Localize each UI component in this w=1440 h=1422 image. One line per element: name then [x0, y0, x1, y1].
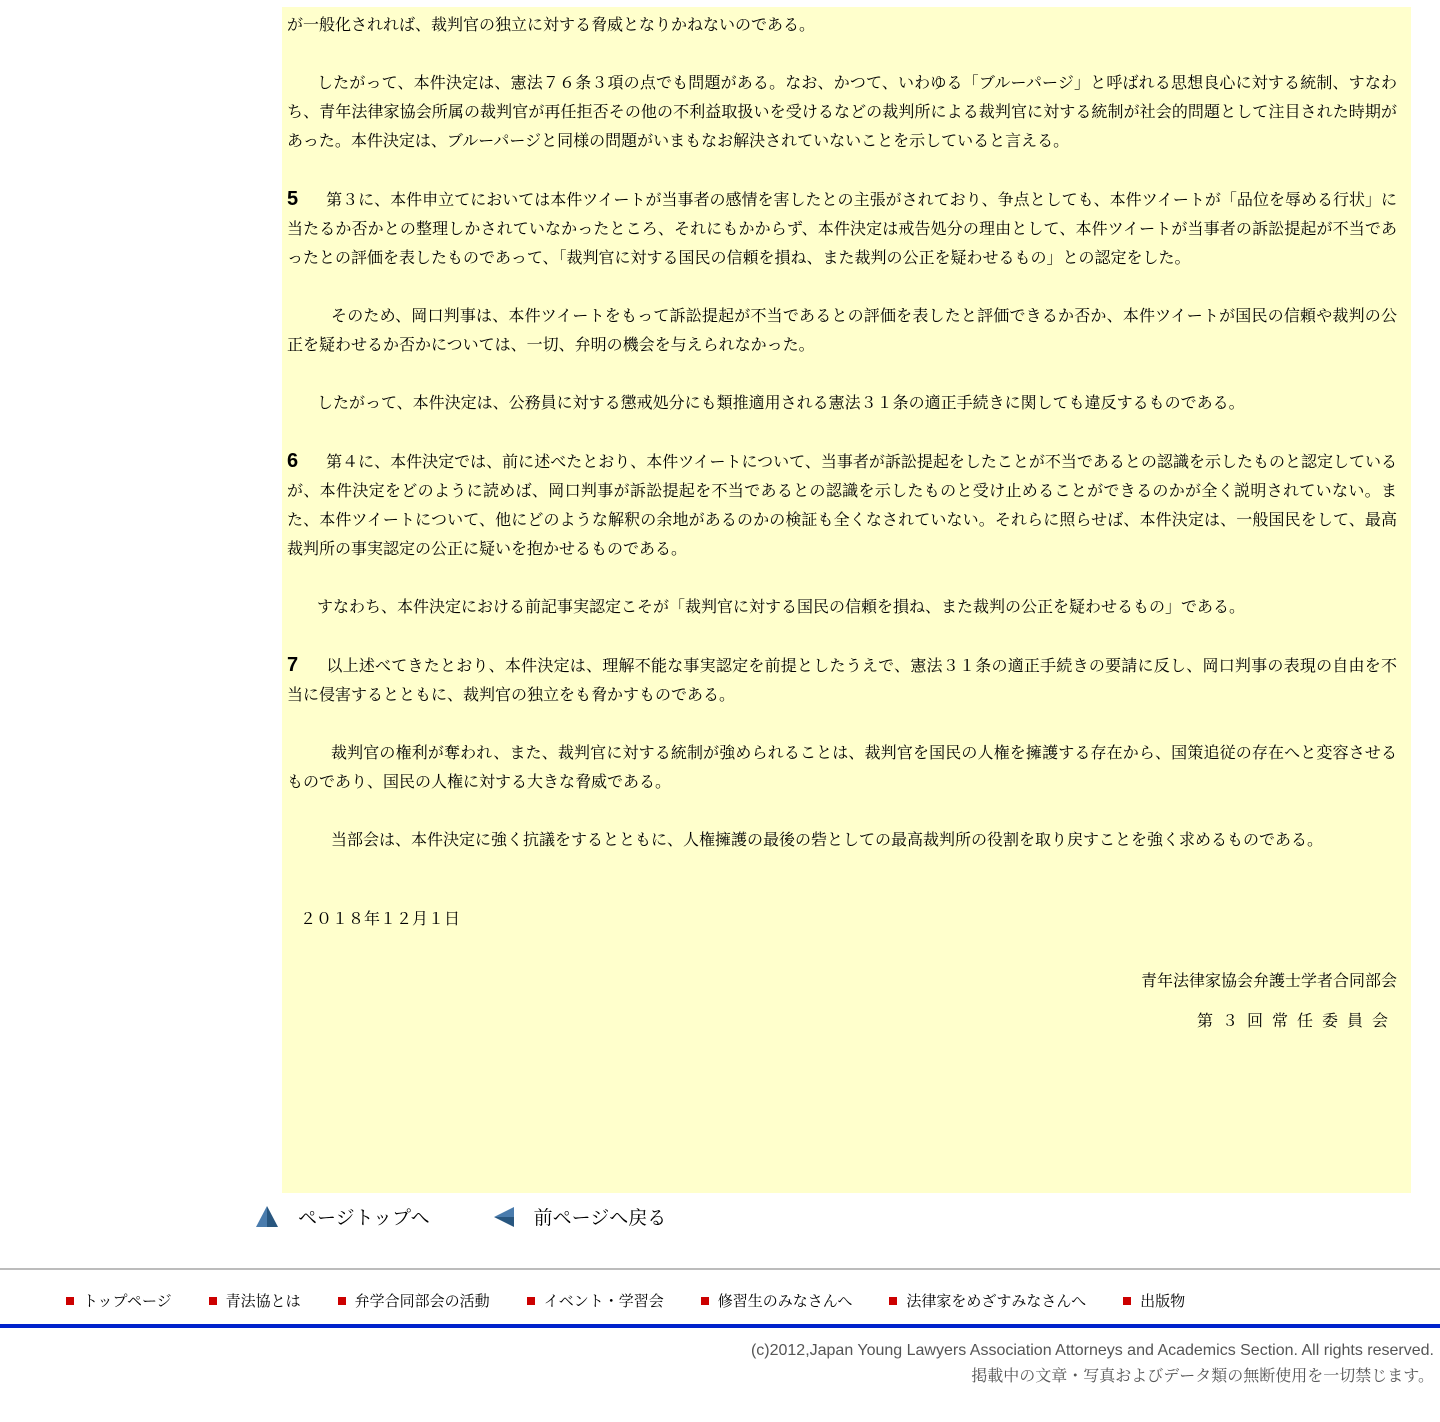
- paragraph-text: すなわち、本件決定における前記事実認定こそが「裁判官に対する国民の信頼を損ね、ま…: [317, 599, 1245, 616]
- red-square-bullet-icon: [527, 1297, 535, 1305]
- footer-link-label: トップページ: [83, 1290, 172, 1311]
- signature-organization: 青年法律家協会弁護士学者合同部会: [287, 967, 1397, 996]
- statement-date: ２０１８年１２月１日: [300, 905, 1397, 934]
- footer-link-about[interactable]: 青法協とは: [209, 1290, 301, 1311]
- paragraph: すなわち、本件決定における前記事実認定こそが「裁判官に対する国民の信頼を損ね、ま…: [287, 593, 1397, 622]
- triangle-up-icon: [256, 1206, 278, 1227]
- section-number: 6: [287, 450, 298, 472]
- paragraph: 当部会は、本件決定に強く抗議をするとともに、人権擁護の最後の砦としての最高裁判所…: [287, 826, 1397, 855]
- paragraph: 裁判官の権利が奪われ、また、裁判官に対する統制が強められることは、裁判官を国民の…: [287, 739, 1397, 797]
- page-top-label: ページトップへ: [298, 1203, 430, 1230]
- footer-link-publications[interactable]: 出版物: [1123, 1290, 1185, 1311]
- red-square-bullet-icon: [1123, 1297, 1131, 1305]
- paragraph-numbered-5: 5第３に、本件申立てにおいては本件ツイートが当事者の感情を害したとの主張がされて…: [287, 185, 1397, 273]
- footer-link-label: 出版物: [1140, 1290, 1185, 1311]
- red-square-bullet-icon: [66, 1297, 74, 1305]
- triangle-left-icon: [494, 1207, 514, 1227]
- paragraph-text: が一般化されれば、裁判官の独立に対する脅威となりかねないのである。: [287, 17, 815, 34]
- paragraph-text: 裁判官の権利が奪われ、また、裁判官に対する統制が強められることは、裁判官を国民の…: [287, 745, 1397, 791]
- paragraph-numbered-6: 6第４に、本件決定では、前に述べたとおり、本件ツイートについて、当事者が訴訟提起…: [287, 447, 1397, 564]
- paragraph: したがって、本件決定は、公務員に対する懲戒処分にも類推適用される憲法３１条の適正…: [287, 389, 1397, 418]
- footer-link-trainees[interactable]: 修習生のみなさんへ: [701, 1290, 853, 1311]
- footer-link-label: 修習生のみなさんへ: [718, 1290, 853, 1311]
- page-top-link[interactable]: ページトップへ: [256, 1203, 430, 1230]
- paragraph: そのため、岡口判事は、本件ツイートをもって訴訟提起が不当であるとの評価を表したと…: [287, 302, 1397, 360]
- paragraph-text: そのため、岡口判事は、本件ツイートをもって訴訟提起が不当であるとの評価を表したと…: [287, 308, 1397, 354]
- copyright-line-ja: 掲載中の文章・写真およびデータ類の無断使用を一切禁じます。: [0, 1364, 1434, 1390]
- paragraph-text: 第３に、本件申立てにおいては本件ツイートが当事者の感情を害したとの主張がされてお…: [287, 192, 1397, 267]
- signature-committee: 第３回常任委員会: [287, 1007, 1397, 1036]
- red-square-bullet-icon: [209, 1297, 217, 1305]
- section-number: 7: [287, 654, 298, 676]
- prev-page-link[interactable]: 前ページへ戻る: [494, 1203, 667, 1230]
- footer-link-label: イベント・学習会: [544, 1290, 664, 1311]
- copyright-line-en: (c)2012,Japan Young Lawyers Association …: [0, 1338, 1434, 1364]
- footer-link-top-page[interactable]: トップページ: [66, 1290, 172, 1311]
- footer-link-label: 法律家をめざすみなさんへ: [906, 1290, 1086, 1311]
- section-number: 5: [287, 188, 298, 210]
- footer-link-events[interactable]: イベント・学習会: [527, 1290, 664, 1311]
- footer-link-activities[interactable]: 弁学合同部会の活動: [338, 1290, 490, 1311]
- footer-link-label: 青法協とは: [226, 1290, 301, 1311]
- footer-nav: トップページ 青法協とは 弁学合同部会の活動 イベント・学習会 修習生のみなさん…: [0, 1270, 1440, 1311]
- footer-link-label: 弁学合同部会の活動: [355, 1290, 490, 1311]
- paragraph-text: 第４に、本件決定では、前に述べたとおり、本件ツイートについて、当事者が訴訟提起を…: [287, 454, 1397, 558]
- paragraph: が一般化されれば、裁判官の独立に対する脅威となりかねないのである。: [287, 11, 1397, 40]
- red-square-bullet-icon: [701, 1297, 709, 1305]
- paragraph-text: 当部会は、本件決定に強く抗議をするとともに、人権擁護の最後の砦としての最高裁判所…: [331, 832, 1323, 849]
- footer-link-aspiring-lawyers[interactable]: 法律家をめざすみなさんへ: [889, 1290, 1086, 1311]
- page-nav: ページトップへ 前ページへ戻る: [256, 1203, 666, 1230]
- red-square-bullet-icon: [889, 1297, 897, 1305]
- footer: トップページ 青法協とは 弁学合同部会の活動 イベント・学習会 修習生のみなさん…: [0, 1268, 1440, 1390]
- prev-page-label: 前ページへ戻る: [534, 1203, 667, 1230]
- paragraph-text: 以上述べてきたとおり、本件決定は、理解不能な事実認定を前提としたうえで、憲法３１…: [287, 658, 1397, 704]
- paragraph-text: したがって、本件決定は、公務員に対する懲戒処分にも類推適用される憲法３１条の適正…: [317, 395, 1245, 412]
- copyright: (c)2012,Japan Young Lawyers Association …: [0, 1328, 1440, 1390]
- red-square-bullet-icon: [338, 1297, 346, 1305]
- paragraph-text: したがって、本件決定は、憲法７６条３項の点でも問題がある。なお、かつて、いわゆる…: [287, 75, 1397, 150]
- statement-panel: が一般化されれば、裁判官の独立に対する脅威となりかねないのである。 したがって、…: [282, 7, 1411, 1193]
- paragraph-numbered-7: 7以上述べてきたとおり、本件決定は、理解不能な事実認定を前提としたうえで、憲法３…: [287, 651, 1397, 710]
- paragraph: したがって、本件決定は、憲法７６条３項の点でも問題がある。なお、かつて、いわゆる…: [287, 69, 1397, 156]
